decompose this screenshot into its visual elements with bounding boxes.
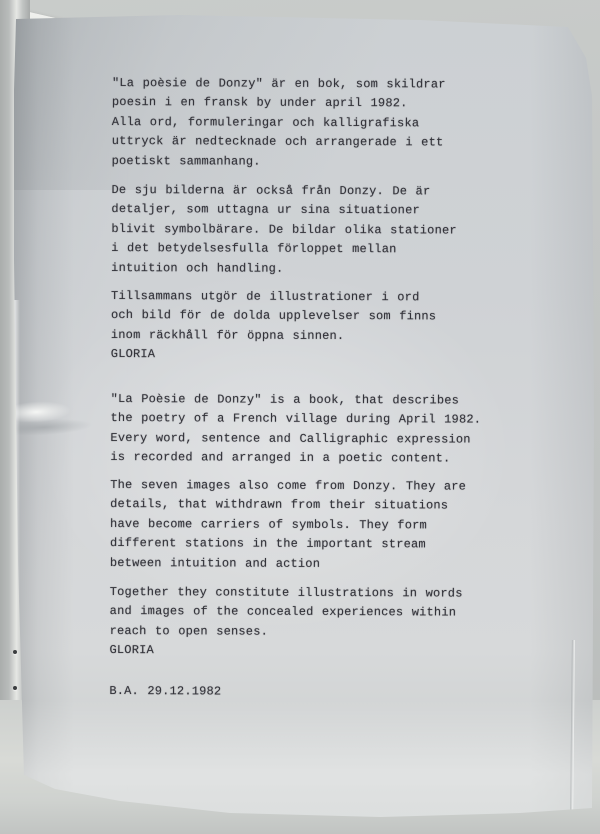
english-signature: GLORIA [109,641,154,661]
english-paragraph-3: Together they constitute illustrations i… [110,583,463,643]
english-paragraph-1: "La Poèsie de Donzy" is a book, that des… [110,390,481,469]
typewritten-text: "La poèsie de Donzy" är en bok, som skil… [0,0,600,834]
byline-date: B.A. 29.12.1982 [109,682,221,702]
swedish-paragraph-2: De sju bilderna är också från Donzy. De … [111,181,457,280]
english-paragraph-2: The seven images also come from Donzy. T… [110,476,466,575]
photographed-document-page: "La poèsie de Donzy" är en bok, som skil… [0,0,600,834]
swedish-signature: GLORIA [111,345,156,365]
swedish-paragraph-3: Tillsammans utgör de illustrationer i or… [111,287,437,347]
swedish-paragraph-1: "La poèsie de Donzy" är en bok, som skil… [112,74,446,172]
